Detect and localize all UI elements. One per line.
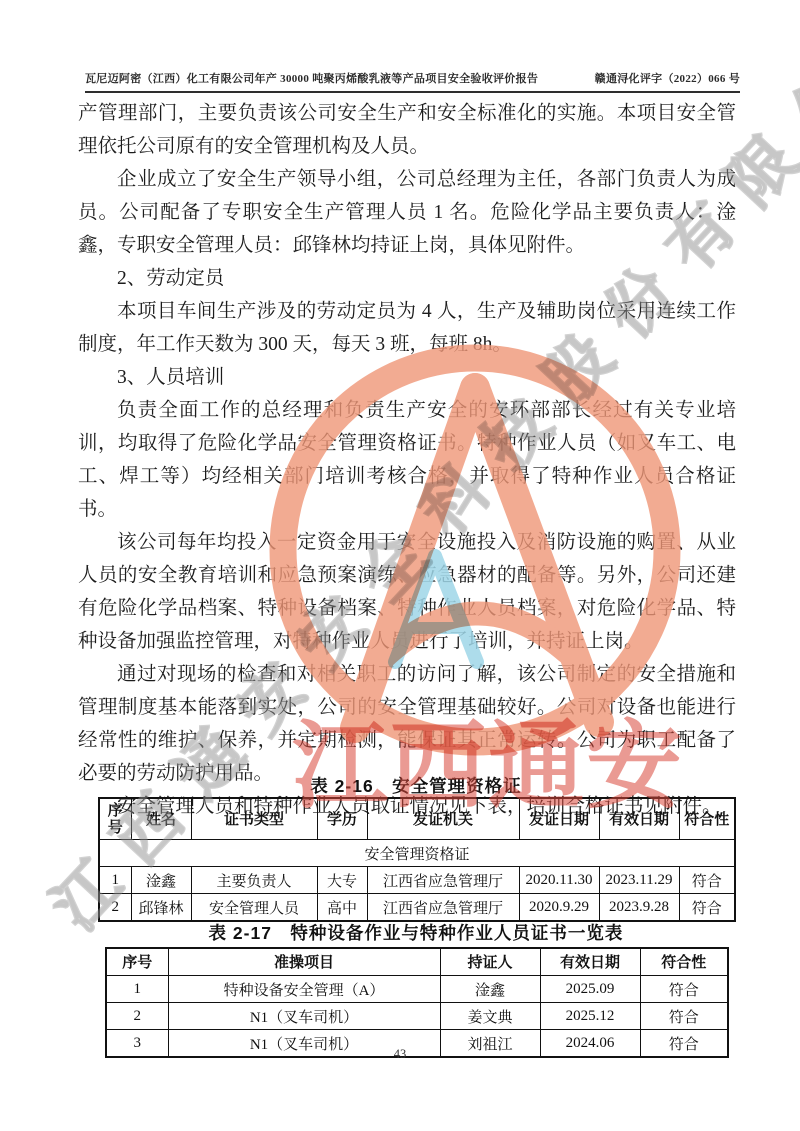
safety-cert-table: 序号姓名证书类型学历发证机关发证日期有效日期符合性 安全管理资格证1淦鑫主要负责… [98,797,736,922]
page-number: 43 [0,1047,800,1062]
column-header: 符合性 [679,798,735,840]
paragraph: 企业成立了安全生产领导小组，公司总经理为主任，各部门负责人为成员。公司配备了专职… [78,163,736,262]
table-cell: 2023.11.29 [599,867,679,894]
column-header: 学历 [317,798,367,840]
group-row-label: 安全管理资格证 [99,840,735,867]
table-cell: 2020.9.29 [519,894,599,922]
header-report-title: 瓦尼迈阿密（江西）化工有限公司年产 30000 吨聚丙烯酸乳液等产品项目安全验收… [85,70,538,86]
table-cell: 淦鑫 [131,867,191,894]
table-cell: 符合 [679,894,735,922]
special-equipment-cert-table: 序号准操项目持证人有效日期符合性 1特种设备安全管理（A）淦鑫2025.09符合… [105,947,729,1058]
table-cell: 2 [106,1003,168,1030]
paragraph: 产管理部门，主要负责该公司安全生产和安全标准化的实施。本项目安全管理依托公司原有… [78,97,736,163]
paragraph: 负责全面工作的总经理和负责生产安全的安环部部长经过有关专业培训，均取得了危险化学… [78,394,736,526]
paragraph: 该公司每年均投入一定资金用于安全设施投入及消防设施的购置、从业人员的安全教育培训… [78,526,736,658]
table-cell: 高中 [317,894,367,922]
table-cell: 江西省应急管理厅 [367,894,519,922]
group-row: 安全管理资格证 [99,840,735,867]
table-cell: 2023.9.28 [599,894,679,922]
section-heading-training: 3、人员培训 [78,361,736,394]
table-cell: 符合 [679,867,735,894]
table-cell: 2 [99,894,131,922]
column-header: 有效日期 [599,798,679,840]
table-row: 2邱锋林安全管理人员高中江西省应急管理厅2020.9.292023.9.28符合 [99,894,735,922]
table-header-row: 序号准操项目持证人有效日期符合性 [106,948,728,976]
body-text: 产管理部门，主要负责该公司安全生产和安全标准化的实施。本项目安全管理依托公司原有… [78,97,736,823]
table-cell: N1（叉车司机） [168,1003,440,1030]
table-cell: 符合 [640,1003,728,1030]
paragraph: 本项目车间生产涉及的劳动定员为 4 人，生产及辅助岗位采用连续工作制度，年工作天… [78,295,736,361]
table-cell: 邱锋林 [131,894,191,922]
document-page: 江西通安安全科技股份有限公司 江西通安 瓦尼迈阿密（江西）化工有限公司年产 30… [0,0,800,1131]
table-cell: 江西省应急管理厅 [367,867,519,894]
column-header: 有效日期 [540,948,640,976]
table-cell: 大专 [317,867,367,894]
table-cell: 1 [106,976,168,1003]
table-cell: 淦鑫 [440,976,540,1003]
table-row: 1淦鑫主要负责人大专江西省应急管理厅2020.11.302023.11.29符合 [99,867,735,894]
column-header: 持证人 [440,948,540,976]
table-cell: 符合 [640,976,728,1003]
table-cell: 特种设备安全管理（A） [168,976,440,1003]
paragraph: 通过对现场的检查和对相关职工的访问了解，该公司制定的安全措施和管理制度基本能落到… [78,658,736,790]
section-heading-labor: 2、劳动定员 [78,262,736,295]
table-row: 1特种设备安全管理（A）淦鑫2025.09符合 [106,976,728,1003]
column-header: 发证日期 [519,798,599,840]
table-header-row: 序号姓名证书类型学历发证机关发证日期有效日期符合性 [99,798,735,840]
table-cell: 安全管理人员 [191,894,317,922]
column-header: 序号 [106,948,168,976]
table-cell: 2020.11.30 [519,867,599,894]
table-2-17-title: 表 2-17 特种设备作业与特种作业人员证书一览表 [105,920,727,945]
column-header: 发证机关 [367,798,519,840]
header-doc-number: 赣通浔化评字（2022）066 号 [595,70,740,86]
table-2-16-title: 表 2-16 安全管理资格证 [98,773,734,798]
table-cell: 1 [99,867,131,894]
column-header: 序号 [99,798,131,840]
column-header: 准操项目 [168,948,440,976]
table-cell: 2025.12 [540,1003,640,1030]
table-cell: 姜文典 [440,1003,540,1030]
page-header: 瓦尼迈阿密（江西）化工有限公司年产 30000 吨聚丙烯酸乳液等产品项目安全验收… [85,70,740,93]
table-row: 2N1（叉车司机）姜文典2025.12符合 [106,1003,728,1030]
column-header: 证书类型 [191,798,317,840]
column-header: 符合性 [640,948,728,976]
column-header: 姓名 [131,798,191,840]
table-cell: 主要负责人 [191,867,317,894]
table-cell: 2025.09 [540,976,640,1003]
